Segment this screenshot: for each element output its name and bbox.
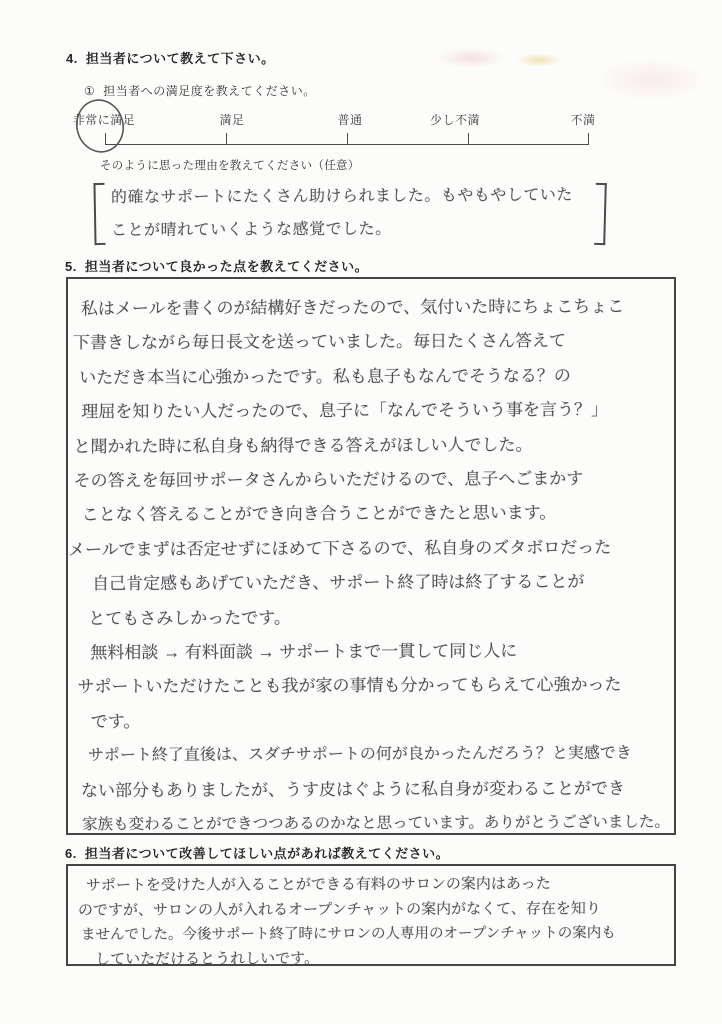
scale-tick [226, 133, 227, 145]
handwriting-line: です。 [69, 703, 675, 740]
question-5-answer-box: 私はメールを書くのが結構好きだったので、気付いた時にちょこちょこ下書きしながら毎… [66, 277, 676, 835]
handwriting-line: ない部分もありましたが、うす皮はぐように私自身が変わることができ [69, 771, 675, 808]
question-5-title: 担当者について良かった点を教えてください。 [85, 259, 368, 274]
question-6-answer-lines: サポートを受けた人が入ることができる有料のサロンの案内はあったのですが、サロンの… [68, 872, 674, 972]
handwriting-line: いただき本当に心強かったです。私も息子もなんでそうなる？の [67, 358, 673, 395]
question-5-heading: 5.担当者について良かった点を教えてください。 [65, 256, 368, 275]
question-4-answer: 的確なサポートにたくさん助けられました。もやもやしていたことが晴れていくような感… [94, 180, 606, 246]
scale-tick [347, 133, 348, 145]
handwriting-line: 無料相談 → 有料面談 → サポートまで一貫して同じ人に [68, 634, 674, 671]
handwriting-line: のですが、サロンの人が入れるオープンチャットの案内がなくて、存在を知り [68, 896, 674, 923]
scale-option-dissatisfied: 不満 [570, 111, 595, 128]
handdrawn-selection-circle-icon [68, 96, 132, 158]
handwriting-line: と聞かれた時に私自身も納得できる答えがほしい人でした。 [67, 427, 673, 464]
question-6-title: 担当者について改善してほしい点があれば教えてください。 [85, 846, 449, 861]
scale-tick [468, 133, 469, 145]
handwriting-line: 理屈を知りたい人だったので、息子に「なんでそういう事を言う？」 [67, 393, 673, 430]
question-6-answer-box: サポートを受けた人が入ることができる有料のサロンの案内はあったのですが、サロンの… [66, 864, 676, 966]
scale-option-satisfied: 満足 [219, 111, 244, 128]
handwriting-line: その答えを毎回サポータさんからいただけるので、息子へごまかす [68, 462, 674, 499]
handwriting-line: メールでまずは否定せずにほめて下さるので、私自身のズタボロだった [68, 531, 674, 568]
handwriting-line: サポートいただけたことも我が家の事情も分かってもらえて心強かった [68, 668, 674, 705]
handwriting-line: ませんでした。今後サポート終了時にサロンの人専用のオープンチャットの案内も [68, 921, 674, 948]
handwriting-line: ことが晴れていくような感覚でした。 [111, 212, 591, 248]
handwriting-line: サポートを受けた人が入ることができる有料のサロンの案内はあった [68, 872, 674, 899]
handwriting-line: とてもさみしかったです。 [68, 599, 674, 636]
scale-option-slightly-dissatisfied: 少し不満 [430, 111, 480, 128]
bracket-left-icon [93, 183, 105, 245]
bracket-right-icon [594, 183, 607, 245]
handwriting-line: 自己肯定感もあげていただき、サポート終了時は終了することが [68, 565, 674, 602]
scanned-survey-page: 4.担当者について教えて下さい。 ①担当者への満足度を教えてください。 非常に満… [0, 0, 722, 1024]
handwriting-line: 下書きしながら毎日長文を送っていました。毎日たくさん答えて [67, 324, 673, 361]
scale-option-neutral: 普通 [337, 111, 362, 128]
question-4-answer-lines: 的確なサポートにたくさん助けられました。もやもやしていたことが晴れていくような感… [111, 179, 591, 248]
scale-tick [588, 133, 589, 145]
handwriting-line: サポート終了直後は、スダチサポートの何が良かったんだろう？と実感でき [69, 737, 675, 774]
question-6-number: 6. [65, 846, 77, 861]
handwriting-line: ことなく答えることができ向き合うことができたと思います。 [68, 496, 674, 533]
handwriting-line: 私はメールを書くのが結構好きだったので、気付いた時にちょこちょこ [67, 290, 673, 327]
satisfaction-scale: 非常に満足 満足 普通 少し不満 不満 [0, 0, 722, 170]
question-5-answer-lines: 私はメールを書くのが結構好きだったので、気付いた時にちょこちょこ下書きしながら毎… [67, 290, 675, 843]
handwriting-line: 家族も変わることができつつあるのかなと思っています。ありがとうございました。 [69, 806, 675, 843]
question-6-heading: 6.担当者について改善してほしい点があれば教えてください。 [65, 843, 449, 862]
reason-prompt: そのように思った理由を教えてください（任意） [100, 157, 360, 173]
handwriting-line: していただけるとうれしいです。 [68, 945, 674, 972]
handwriting-line: 的確なサポートにたくさん助けられました。もやもやしていた [111, 179, 591, 215]
question-5-number: 5. [65, 259, 77, 274]
